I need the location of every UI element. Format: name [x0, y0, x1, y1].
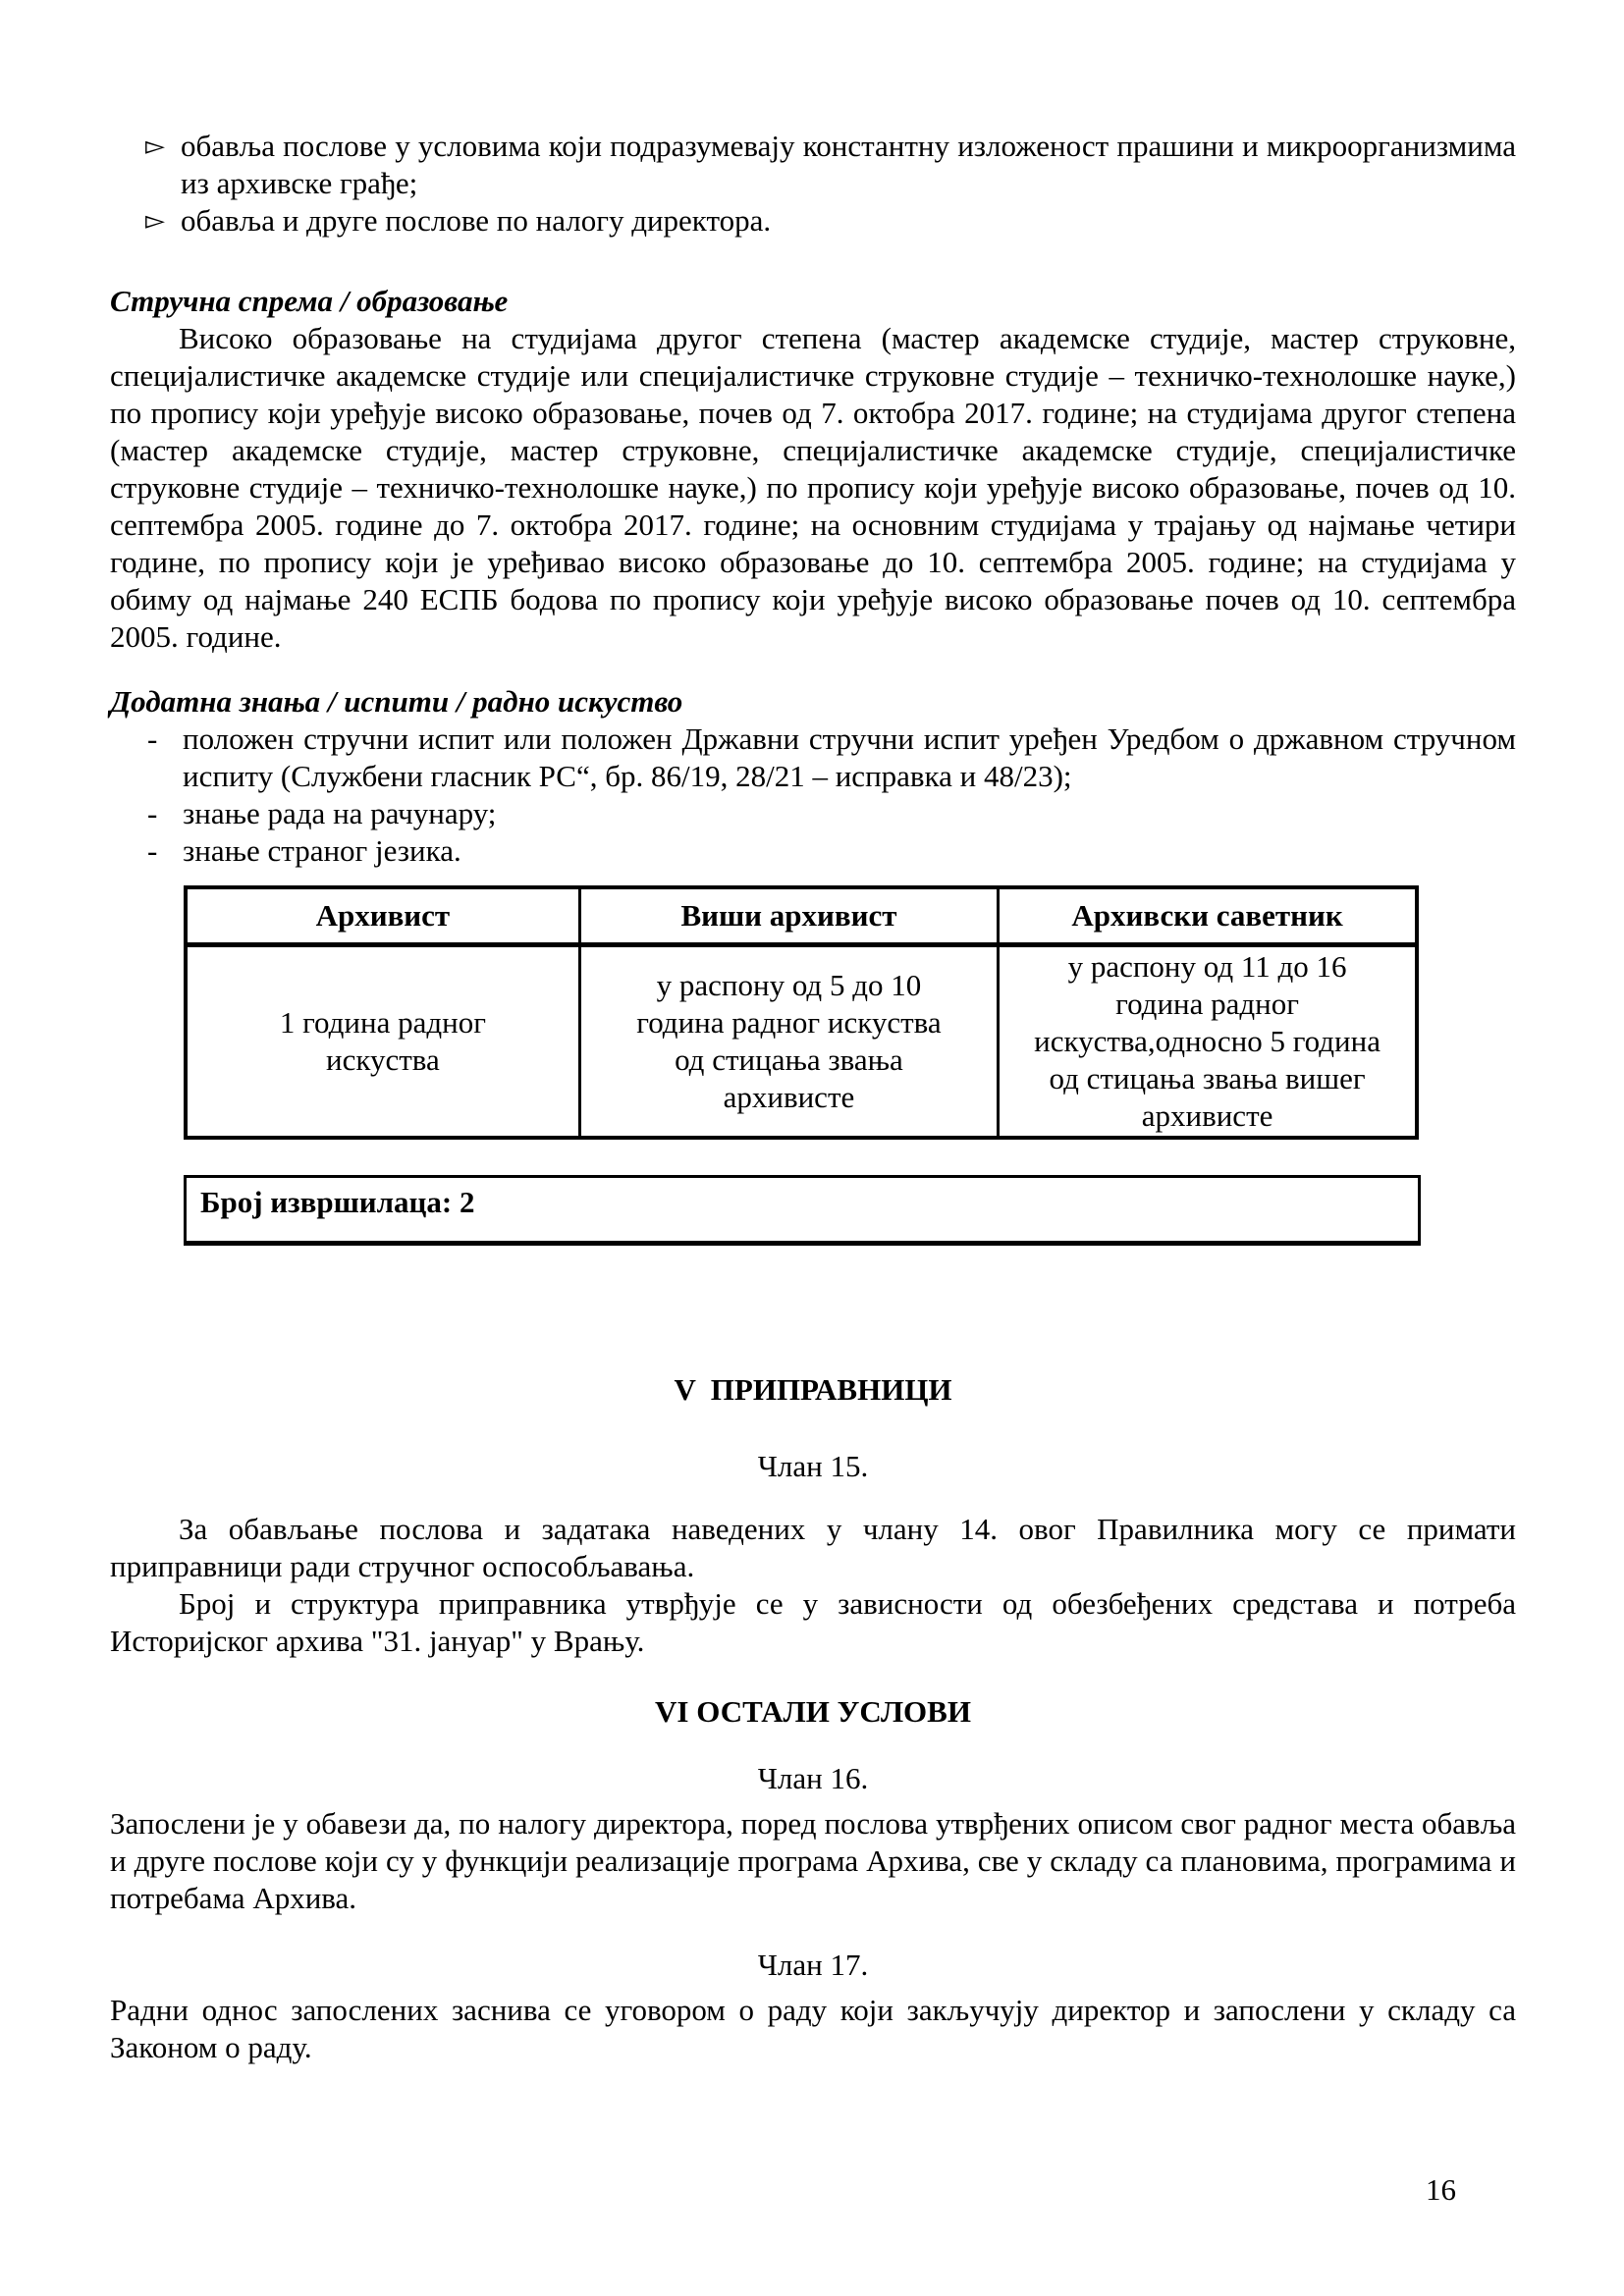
list-item: - положен стручни испит или положен Држа…: [110, 721, 1516, 795]
list-item-text: положен стручни испит или положен Државн…: [183, 721, 1516, 795]
table-cell-text: 1 година радног искуства: [260, 1004, 506, 1079]
clause-16-heading: Члан 16.: [110, 1760, 1516, 1797]
chapter-6-title: VI ОСТАЛИ УСЛОВИ: [110, 1693, 1516, 1731]
arrow-bullet-icon: ▻: [145, 128, 181, 202]
section-heading-extra-knowledge: Додатна знања / испити / радно искуство: [110, 683, 1516, 721]
executors-count-label: Број извршилаца: 2: [200, 1185, 474, 1219]
chapter-5-title: V ПРИПРАВНИЦИ: [110, 1371, 1516, 1409]
list-item-text: обавља и друге послове по налогу директо…: [181, 202, 1516, 240]
clause-17-paragraph: Радни однос запослених заснива се уговор…: [110, 1992, 1516, 2066]
table-cell-text: у распону од 5 до 10 година радног искус…: [624, 967, 953, 1116]
table-header-arhivist: Архивист: [186, 887, 579, 945]
experience-requirements-table: Архивист Виши архивист Архивски саветник…: [184, 885, 1419, 1140]
clause-15-paragraph-2: Број и структура приправника утврђује се…: [110, 1585, 1516, 1660]
duties-bullet-list: ▻ обавља послове у условима који подразу…: [110, 128, 1516, 240]
table-cell: 1 година радног искуства: [186, 945, 579, 1139]
table-cell: у распону од 5 до 10 година радног искус…: [579, 945, 998, 1139]
page-number: 16: [1426, 2171, 1456, 2209]
clause-15-heading: Члан 15.: [110, 1448, 1516, 1485]
table-cell-text: у распону од 11 до 16 година радног иску…: [1033, 948, 1381, 1135]
executors-count-box: Број извршилаца: 2: [184, 1175, 1421, 1246]
document-page: ▻ обавља послове у условима који подразу…: [0, 0, 1624, 2296]
extra-knowledge-list: - положен стручни испит или положен Држа…: [110, 721, 1516, 870]
table-row: 1 година радног искуства у распону од 5 …: [186, 945, 1417, 1139]
list-item: ▻ обавља послове у условима који подразу…: [110, 128, 1516, 202]
table-cell: у распону од 11 до 16 година радног иску…: [999, 945, 1417, 1139]
document-content: ▻ обавља послове у условима који подразу…: [110, 128, 1516, 2066]
dash-bullet-icon: -: [147, 832, 183, 870]
dash-bullet-icon: -: [147, 721, 183, 795]
list-item: - знање страног језика.: [110, 832, 1516, 870]
list-item: ▻ обавља и друге послове по налогу дирек…: [110, 202, 1516, 240]
clause-16-paragraph: Запослени је у обавези да, по налогу дир…: [110, 1805, 1516, 1917]
education-paragraph: Високо образовање на студијама другог ст…: [110, 320, 1516, 656]
list-item-text: обавља послове у условима који подразуме…: [181, 128, 1516, 202]
clause-17-heading: Члан 17.: [110, 1947, 1516, 1984]
table-header-arhivski-savetnik: Архивски саветник: [999, 887, 1417, 945]
list-item-text: знање рада на рачунару;: [183, 795, 1516, 832]
list-item-text: знање страног језика.: [183, 832, 1516, 870]
arrow-bullet-icon: ▻: [145, 202, 181, 240]
table-header-visi-arhivist: Виши архивист: [579, 887, 998, 945]
clause-15-paragraph-1: За обављање послова и задатака наведених…: [110, 1511, 1516, 1585]
table-header-row: Архивист Виши архивист Архивски саветник: [186, 887, 1417, 945]
list-item: - знање рада на рачунару;: [110, 795, 1516, 832]
section-heading-education: Стручна спрема / образовање: [110, 283, 1516, 320]
dash-bullet-icon: -: [147, 795, 183, 832]
